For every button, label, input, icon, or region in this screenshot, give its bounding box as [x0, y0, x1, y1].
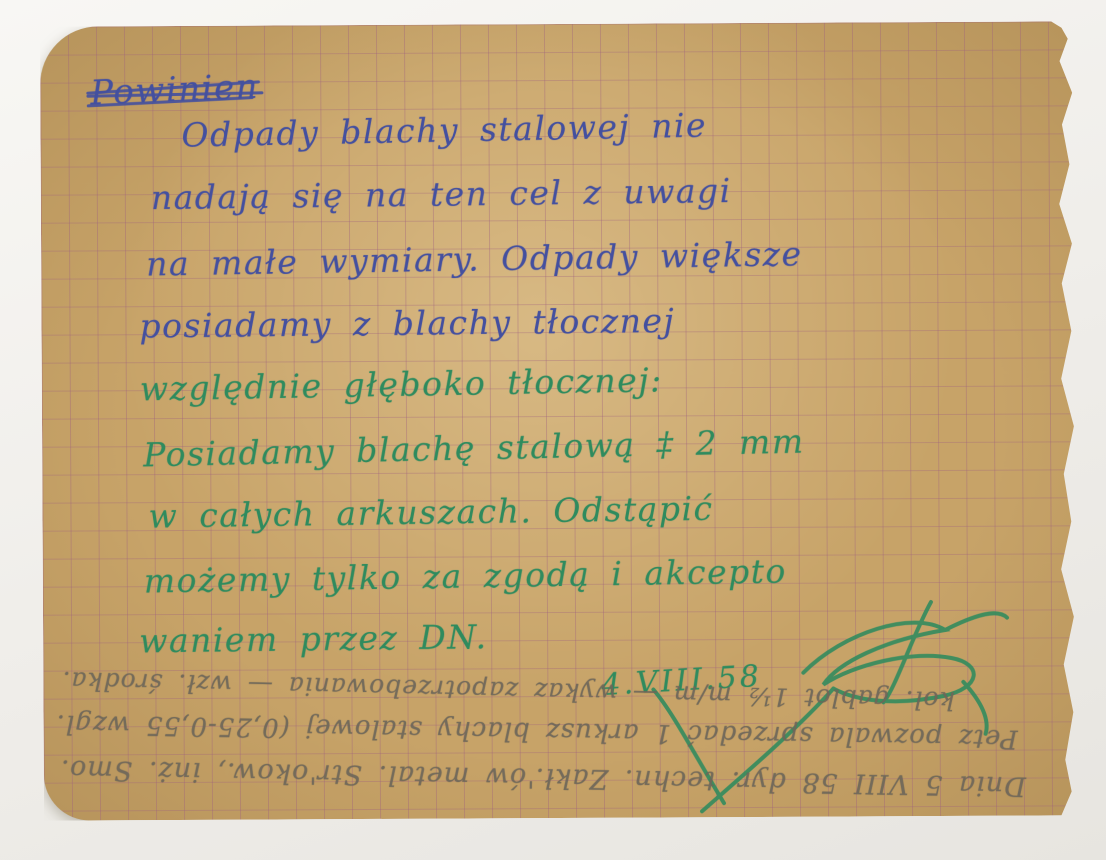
- strikethrough-mark: [90, 67, 260, 115]
- handwriting-line-7: w całych arkuszach. Odstąpić: [148, 489, 714, 536]
- handwriting-line-3: na małe wymiary. Odpady większe: [146, 234, 803, 284]
- handwriting-line-2: nadają się na ten cel z uwagi: [151, 171, 732, 218]
- handwriting-line-4: posiadamy z blachy tłocznej: [139, 301, 675, 346]
- handwriting-line-5: względnie głęboko tłocznej:: [140, 360, 663, 409]
- handwriting-line-9: waniem przez DN.: [139, 617, 488, 661]
- handwriting-line-1: Odpady blachy stalowej nie: [181, 106, 707, 156]
- note-paper: Powinien Odpady blachy stalowej nie nada…: [40, 21, 1080, 820]
- handwriting-line-6: Posiadamy blachę stalową ‡ 2 mm: [143, 422, 805, 475]
- struck-heading: Powinien: [90, 67, 260, 115]
